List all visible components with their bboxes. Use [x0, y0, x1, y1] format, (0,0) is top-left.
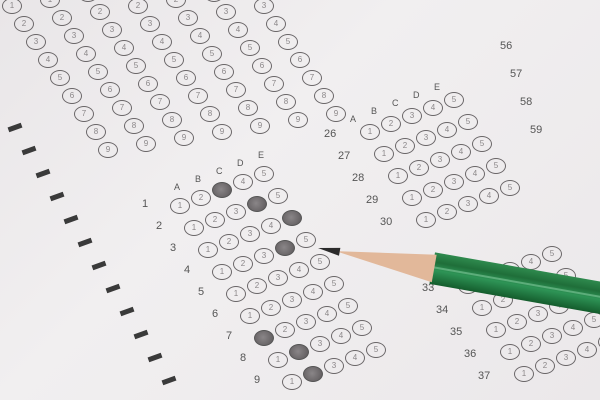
- answer-bubble: 4: [275, 240, 295, 256]
- question-number: 37: [478, 370, 490, 382]
- answer-bubble: 1: [360, 124, 380, 140]
- answer-bubble: 3: [296, 314, 316, 330]
- answer-bubble: 1: [212, 264, 232, 280]
- answer-bubble: 5: [366, 342, 386, 358]
- answer-bubble: 1: [226, 286, 246, 302]
- answer-bubble: 4: [423, 100, 443, 116]
- answer-bubble: 2: [423, 182, 443, 198]
- answer-bubble: 1: [486, 322, 506, 338]
- answer-bubble: 4: [451, 144, 471, 160]
- answer-bubble: 2: [219, 234, 239, 250]
- answer-bubble: 4: [247, 196, 267, 212]
- id-digit-bubble: 8: [276, 94, 296, 110]
- column-header: E: [258, 150, 264, 160]
- timing-mark: [92, 261, 107, 270]
- answer-bubble: 5: [282, 210, 302, 226]
- answer-bubble: 4: [577, 342, 597, 358]
- answer-bubble: 3: [556, 350, 576, 366]
- timing-mark: [22, 146, 37, 155]
- timing-mark: [134, 330, 149, 339]
- timing-mark: [162, 376, 177, 385]
- answer-bubble: 1: [282, 374, 302, 390]
- id-digit-bubble: 9: [250, 118, 270, 134]
- question-number: 6: [212, 308, 218, 320]
- id-digit-bubble: 5: [278, 34, 298, 50]
- id-digit-bubble: 3: [178, 10, 198, 26]
- id-digit-bubble: 9: [326, 106, 346, 122]
- answer-bubble: 1: [388, 168, 408, 184]
- answer-bubble: 3: [212, 182, 232, 198]
- id-digit-bubble: 4: [266, 16, 286, 32]
- answer-bubble: 5: [338, 298, 358, 314]
- id-digit-bubble: 2: [52, 10, 72, 26]
- answer-bubble: 4: [317, 306, 337, 322]
- id-digit-bubble: 8: [314, 88, 334, 104]
- id-digit-bubble: 2: [128, 0, 148, 14]
- timing-mark: [8, 123, 23, 132]
- timing-mark: [50, 192, 65, 201]
- answer-bubble: 1: [416, 212, 436, 228]
- answer-bubble: 3: [402, 108, 422, 124]
- id-digit-bubble: 8: [162, 112, 182, 128]
- id-digit-bubble: 1: [40, 0, 60, 8]
- answer-bubble: 5: [542, 246, 562, 262]
- answer-sheet-photo: ABCDE11234521234531234541234551234561234…: [0, 0, 600, 400]
- answer-bubble: 4: [465, 166, 485, 182]
- question-number: 5: [198, 286, 204, 298]
- answer-bubble: 2: [381, 116, 401, 132]
- id-digit-bubble: 9: [288, 112, 308, 128]
- answer-bubble: 2: [261, 300, 281, 316]
- answer-bubble: 2: [521, 336, 541, 352]
- question-number: 27: [338, 150, 350, 162]
- answer-bubble: 3: [310, 336, 330, 352]
- answer-bubble: 4: [345, 350, 365, 366]
- id-digit-bubble: 2: [166, 0, 186, 8]
- answer-bubble: 3: [430, 152, 450, 168]
- answer-bubble: 2: [437, 204, 457, 220]
- question-number: 36: [464, 348, 476, 360]
- answer-bubble: 4: [261, 218, 281, 234]
- id-digit-bubble: 7: [150, 94, 170, 110]
- answer-bubble: 1: [268, 352, 288, 368]
- answer-bubble: 4: [233, 174, 253, 190]
- id-digit-bubble: 9: [98, 142, 118, 158]
- answer-bubble: 5: [254, 166, 274, 182]
- answer-bubble: 1: [472, 300, 492, 316]
- column-header: B: [371, 106, 377, 116]
- question-number: 30: [380, 216, 392, 228]
- column-header: C: [392, 98, 399, 108]
- answer-bubble: 2: [233, 256, 253, 272]
- question-number: 29: [366, 194, 378, 206]
- question-number: 58: [520, 96, 532, 108]
- id-digit-bubble: 4: [228, 22, 248, 38]
- id-digit-bubble: 6: [100, 82, 120, 98]
- answer-bubble: 2: [191, 190, 211, 206]
- answer-bubble: 2: [289, 344, 309, 360]
- question-number: 56: [500, 40, 512, 52]
- id-digit-bubble: 8: [124, 118, 144, 134]
- answer-bubble: 5: [458, 114, 478, 130]
- answer-bubble: 1: [402, 190, 422, 206]
- id-digit-bubble: 6: [252, 58, 272, 74]
- timing-mark: [78, 238, 93, 247]
- answer-bubble: 4: [289, 262, 309, 278]
- id-digit-bubble: 4: [76, 46, 96, 62]
- answer-bubble: 5: [296, 232, 316, 248]
- id-digit-bubble: 3: [254, 0, 274, 14]
- timing-mark: [120, 307, 135, 316]
- column-header: D: [413, 90, 420, 100]
- id-digit-bubble: 4: [38, 52, 58, 68]
- id-digit-bubble: 6: [62, 88, 82, 104]
- timing-mark: [148, 353, 163, 362]
- question-number: 34: [436, 304, 448, 316]
- column-header: E: [434, 82, 440, 92]
- answer-bubble: 3: [324, 358, 344, 374]
- answer-bubble: 5: [444, 92, 464, 108]
- answer-bubble: 5: [486, 158, 506, 174]
- answer-bubble: 1: [254, 330, 274, 346]
- column-header: C: [216, 166, 223, 176]
- question-number: 59: [530, 124, 542, 136]
- answer-bubble: 5: [500, 180, 520, 196]
- id-digit-bubble: 8: [200, 106, 220, 122]
- id-digit-bubble: 7: [264, 76, 284, 92]
- answer-bubble: 3: [282, 292, 302, 308]
- answer-bubble: 1: [500, 344, 520, 360]
- id-digit-bubble: 2: [90, 4, 110, 20]
- id-digit-bubble: 9: [174, 130, 194, 146]
- id-digit-bubble: 5: [202, 46, 222, 62]
- answer-bubble: 2: [303, 366, 323, 382]
- id-digit-bubble: 3: [216, 4, 236, 20]
- answer-bubble: 1: [198, 242, 218, 258]
- answer-bubble: 4: [563, 320, 583, 336]
- question-number: 57: [510, 68, 522, 80]
- answer-bubble: 1: [374, 146, 394, 162]
- question-number: 2: [156, 220, 162, 232]
- column-header: D: [237, 158, 244, 168]
- column-header: A: [174, 182, 180, 192]
- answer-bubble: 4: [331, 328, 351, 344]
- id-digit-bubble: 5: [164, 52, 184, 68]
- id-digit-bubble: 7: [302, 70, 322, 86]
- id-digit-bubble: 6: [290, 52, 310, 68]
- pencil-body: [429, 252, 600, 317]
- answer-bubble: 3: [444, 174, 464, 190]
- id-digit-bubble: 4: [190, 28, 210, 44]
- id-digit-bubble: 7: [188, 88, 208, 104]
- id-digit-bubble: 3: [140, 16, 160, 32]
- id-digit-bubble: 7: [74, 106, 94, 122]
- answer-bubble: 2: [395, 138, 415, 154]
- answer-bubble: 3: [268, 270, 288, 286]
- id-digit-bubble: 4: [152, 34, 172, 50]
- id-digit-bubble: 3: [64, 28, 84, 44]
- id-digit-bubble: 8: [238, 100, 258, 116]
- question-number: 8: [240, 352, 246, 364]
- answer-bubble: 3: [542, 328, 562, 344]
- question-number: 7: [226, 330, 232, 342]
- column-header: A: [350, 114, 356, 124]
- question-number: 4: [184, 264, 190, 276]
- timing-mark: [106, 284, 121, 293]
- answer-bubble: 4: [437, 122, 457, 138]
- answer-bubble: 2: [247, 278, 267, 294]
- answer-bubble: 3: [254, 248, 274, 264]
- answer-bubble: 2: [205, 212, 225, 228]
- column-header: B: [195, 174, 201, 184]
- answer-bubble: 3: [416, 130, 436, 146]
- question-number: 3: [170, 242, 176, 254]
- answer-bubble: 2: [275, 322, 295, 338]
- answer-bubble: 2: [507, 314, 527, 330]
- answer-bubble: 3: [226, 204, 246, 220]
- answer-bubble: 5: [352, 320, 372, 336]
- answer-bubble: 1: [514, 366, 534, 382]
- id-digit-bubble: 1: [78, 0, 98, 2]
- id-digit-bubble: 4: [114, 40, 134, 56]
- id-digit-bubble: 7: [226, 82, 246, 98]
- timing-mark: [36, 169, 51, 178]
- timing-mark: [64, 215, 79, 224]
- answer-bubble: 3: [240, 226, 260, 242]
- id-digit-bubble: 5: [126, 58, 146, 74]
- answer-bubble: 4: [479, 188, 499, 204]
- id-digit-bubble: 9: [212, 124, 232, 140]
- id-digit-bubble: 3: [102, 22, 122, 38]
- answer-bubble: 5: [472, 136, 492, 152]
- question-number: 1: [142, 198, 148, 210]
- id-digit-bubble: 7: [112, 100, 132, 116]
- answer-bubble: 1: [240, 308, 260, 324]
- id-digit-bubble: 9: [136, 136, 156, 152]
- id-digit-bubble: 2: [14, 16, 34, 32]
- answer-bubble: 1: [170, 198, 190, 214]
- id-digit-bubble: 6: [214, 64, 234, 80]
- id-digit-bubble: 5: [50, 70, 70, 86]
- answer-bubble: 1: [184, 220, 204, 236]
- question-number: 35: [450, 326, 462, 338]
- answer-bubble: 4: [303, 284, 323, 300]
- id-digit-bubble: 3: [26, 34, 46, 50]
- question-number: 26: [324, 128, 336, 140]
- id-digit-bubble: 2: [204, 0, 224, 2]
- answer-bubble: 5: [324, 276, 344, 292]
- id-digit-bubble: 1: [2, 0, 22, 14]
- question-number: 9: [254, 374, 260, 386]
- id-digit-bubble: 5: [240, 40, 260, 56]
- pencil-wood-tip: [333, 237, 436, 282]
- answer-bubble: 2: [535, 358, 555, 374]
- answer-bubble: 5: [268, 188, 288, 204]
- answer-bubble: 3: [458, 196, 478, 212]
- answer-bubble: 2: [409, 160, 429, 176]
- question-number: 28: [352, 172, 364, 184]
- id-digit-bubble: 8: [86, 124, 106, 140]
- id-digit-bubble: 6: [176, 70, 196, 86]
- id-digit-bubble: 6: [138, 76, 158, 92]
- id-digit-bubble: 5: [88, 64, 108, 80]
